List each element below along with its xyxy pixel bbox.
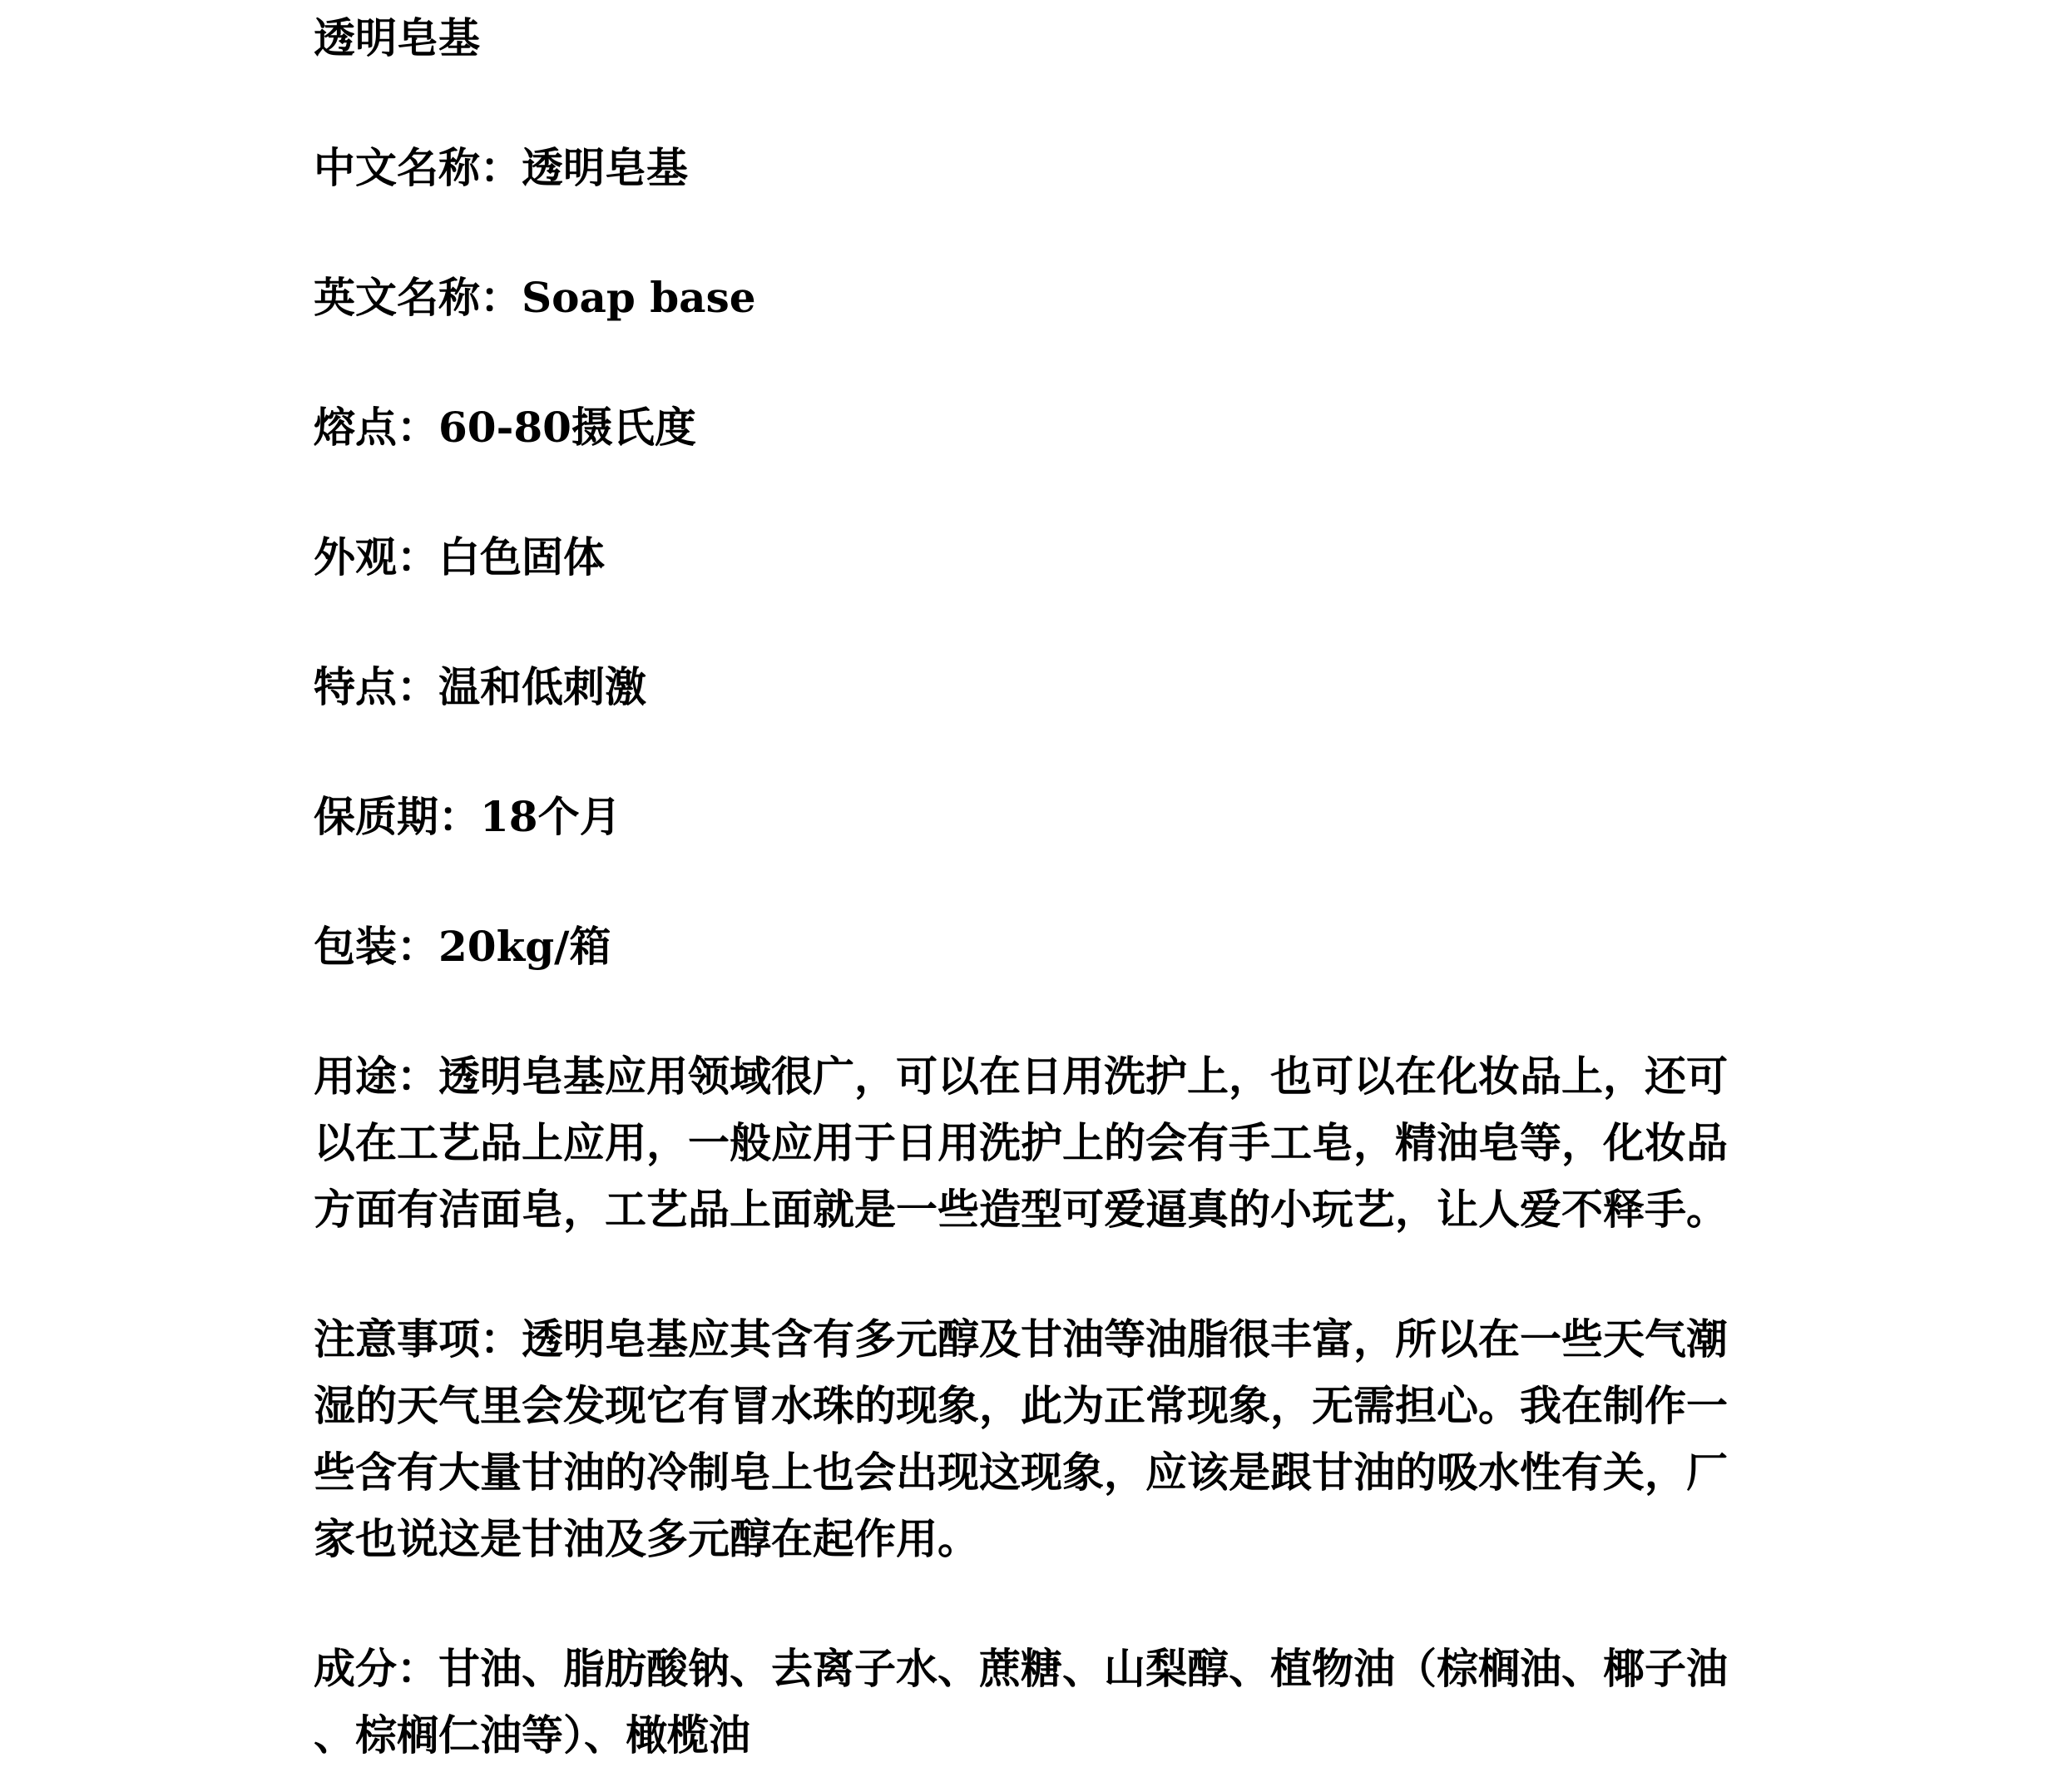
usage-line-2: 以在工艺品上应用，一般应用于日用洗护上的会有手工皂，精油皂等，化妆品 <box>314 1110 1780 1176</box>
usage-paragraph: 用途：透明皂基应用领域很广，可以在日用洗护上，也可以在化妆品上，还可 以在工艺品… <box>314 1043 1780 1243</box>
ingredients-line-1: 成分：甘油、脂肪酸钠、去离子水、蔗糖、山梨醇、植物油（棕榈油、椰子油 <box>314 1636 1780 1702</box>
field-shelf-life: 保质期：18个月 <box>314 784 1780 850</box>
ingredients-paragraph: 成分：甘油、脂肪酸钠、去离子水、蔗糖、山梨醇、植物油（棕榈油、椰子油 、棕榈仁油… <box>314 1636 1780 1769</box>
usage-line-1: 用途：透明皂基应用领域很广，可以在日用洗护上，也可以在化妆品上，还可 <box>314 1043 1780 1110</box>
field-packaging: 包装：20kg/箱 <box>314 913 1780 980</box>
notes-paragraph: 注意事项：透明皂基应其含有多元醇及甘油等油脂很丰富，所以在一些天气潮 湿的天气里… <box>314 1306 1780 1572</box>
notes-line-1: 注意事项：透明皂基应其含有多元醇及甘油等油脂很丰富，所以在一些天气潮 <box>314 1306 1780 1373</box>
notes-line-3: 些含有大量甘油的冷制皂上也会出现这现象，应该是跟甘油的吸水性有关，厂 <box>314 1439 1780 1506</box>
notes-line-2: 湿的天气里会发现它有冒水珠的现象，此为正常现象，无需担心。我在制作一 <box>314 1373 1780 1439</box>
ingredients-line-2: 、棕榈仁油等）、橄榄油 <box>314 1702 1780 1769</box>
field-appearance: 外观：白色固体 <box>314 524 1780 591</box>
field-features: 特点：温和低刺激 <box>314 654 1780 720</box>
field-english-name: 英文名称：Soap base <box>314 265 1780 331</box>
field-chinese-name: 中文名称：透明皂基 <box>314 135 1780 201</box>
page-title: 透明皂基 <box>314 5 1780 72</box>
notes-line-4: 家也说这是甘油及多元醇在起作用。 <box>314 1506 1780 1572</box>
field-melting-point: 熔点：60-80摄氏度 <box>314 394 1780 461</box>
usage-line-3: 方面有洁面皂，工艺品上面就是一些造型可爱逼真的小玩艺，让人爱不释手。 <box>314 1176 1780 1243</box>
document-page: 透明皂基 中文名称：透明皂基 英文名称：Soap base 熔点：60-80摄氏… <box>0 0 2063 1792</box>
